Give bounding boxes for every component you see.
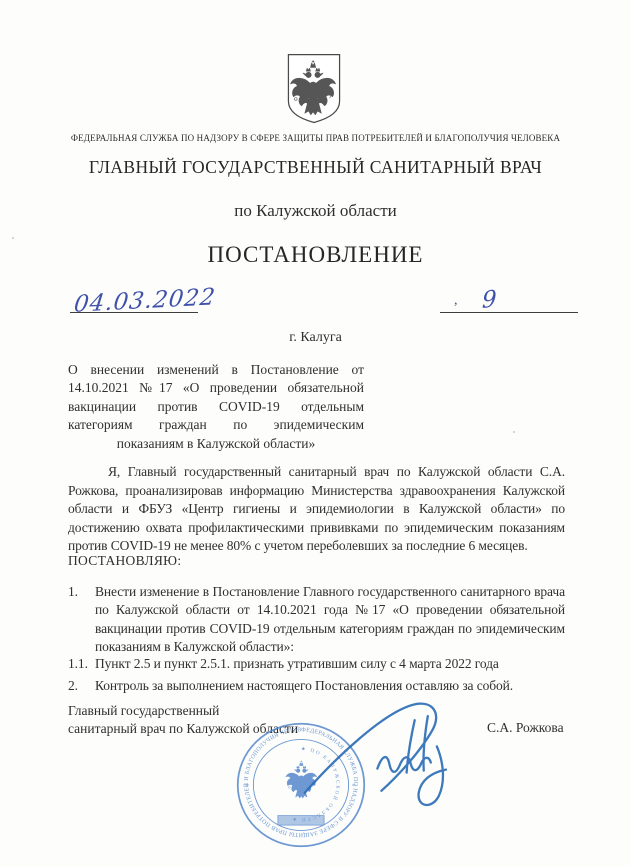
decree-document-page: ФЕДЕРАЛЬНАЯ СЛУЖБА ПО НАДЗОРУ В СФЕРЕ ЗА… — [0, 0, 631, 867]
item-text: Контроль за выполнением настоящего Поста… — [95, 677, 565, 695]
preamble-paragraph: Я, Главный государственный санитарный вр… — [68, 463, 565, 556]
signer-name: С.А. Рожкова — [487, 720, 564, 736]
item-number: 1. — [68, 583, 78, 601]
subject-paragraph: О внесении изменений в Постановление от … — [68, 361, 364, 453]
coat-of-arms-icon — [283, 50, 345, 126]
handwritten-date: 04.03.2022 — [72, 284, 217, 318]
authority-title: ГЛАВНЫЙ ГОСУДАРСТВЕННЫЙ САНИТАРНЫЙ ВРАЧ — [0, 157, 631, 178]
list-item: 1. Внести изменение в Постановление Глав… — [68, 583, 565, 657]
handwritten-signature — [298, 694, 486, 820]
authority-region: по Калужской области — [0, 201, 631, 221]
resolve-heading: ПОСТАНОВЛЯЮ: — [68, 553, 181, 569]
handwritten-number: 9 — [482, 286, 497, 314]
item-number: 1.1. — [68, 655, 88, 673]
item-number: 2. — [68, 677, 78, 695]
list-item: 2. Контроль за выполнением настоящего По… — [68, 677, 565, 695]
city-line: г. Калуга — [0, 330, 631, 346]
signer-position-line1: Главный государственный — [68, 702, 298, 720]
document-type-heading: ПОСТАНОВЛЕНИЕ — [0, 242, 631, 268]
scan-speck — [513, 431, 515, 433]
date-field: 04.03.2022 — [70, 282, 198, 313]
item-text: Внести изменение в Постановление Главног… — [95, 583, 565, 657]
number-field: , 9 — [440, 282, 578, 313]
number-separator-mark: , — [454, 293, 458, 309]
list-item: 1.1. Пункт 2.5 и пункт 2.5.1. признать у… — [68, 655, 565, 673]
agency-name-line: ФЕДЕРАЛЬНАЯ СЛУЖБА ПО НАДЗОРУ В СФЕРЕ ЗА… — [0, 133, 631, 143]
scan-speck — [12, 237, 14, 239]
svg-text:*: * — [245, 781, 249, 790]
item-text: Пункт 2.5 и пункт 2.5.1. признать утрати… — [95, 655, 565, 673]
